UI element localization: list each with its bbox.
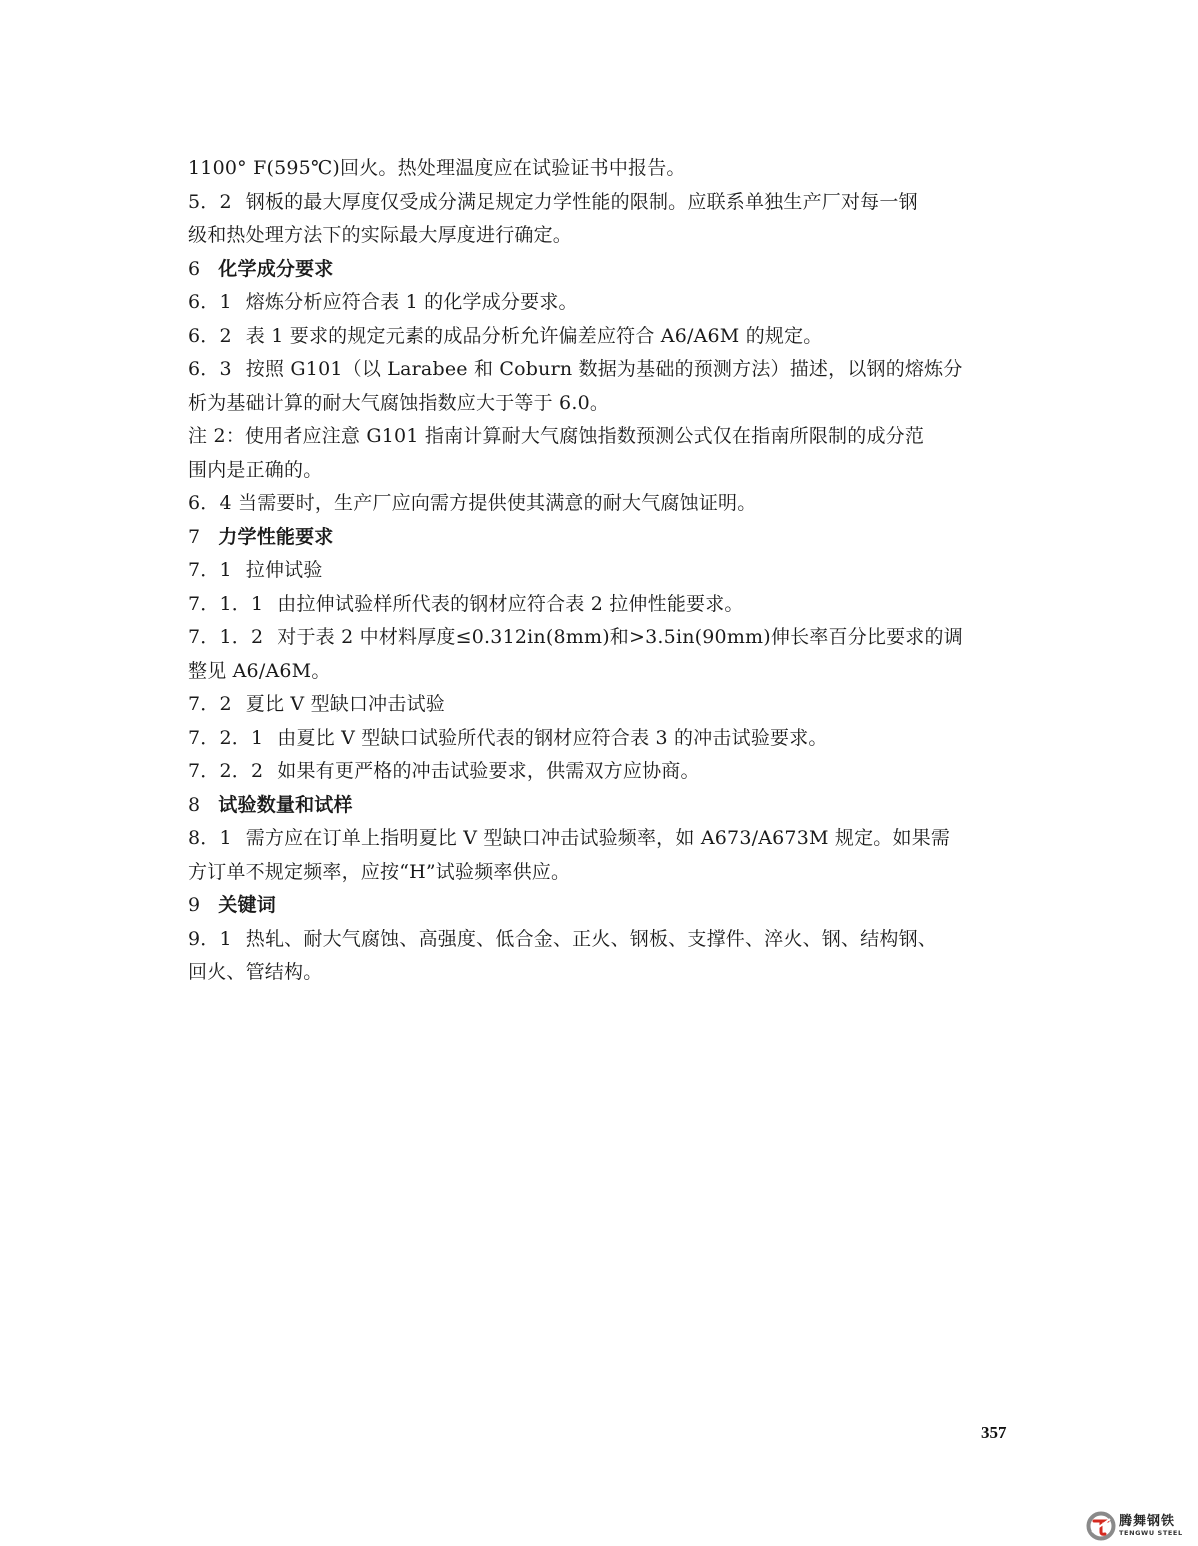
section-heading: 8试验数量和试样 <box>188 789 1020 823</box>
clause-number: 7．2 <box>188 688 232 722</box>
section-heading: 9关键词 <box>188 889 1020 923</box>
text-line: 8．1需方应在订单上指明夏比 V 型缺口冲击试验频率，如 A673/A673M … <box>188 822 1020 856</box>
clause-number: 5．2 <box>188 186 232 220</box>
clause-number: 9．1 <box>188 923 232 957</box>
note-line: 注 2：使用者应注意 G101 指南计算耐大气腐蚀指数预测公式仅在指南所限制的成… <box>188 420 1020 454</box>
text-line: 9．1热轧、耐大气腐蚀、高强度、低合金、正火、钢板、支撑件、淬火、钢、结构钢、 <box>188 923 1020 957</box>
clause-text: 按照 G101（以 Larabee 和 Coburn 数据为基础的预测方法）描述… <box>246 358 963 380</box>
clause-text: 级和热处理方法下的实际最大厚度进行确定。 <box>188 224 572 246</box>
note-line: 围内是正确的。 <box>188 454 1020 488</box>
logo-text: 腾舞钢铁 TENGWU STEEL <box>1119 1515 1183 1537</box>
clause-number: 7．2．1 <box>188 722 263 756</box>
clause-number: 8．1 <box>188 822 232 856</box>
text-line: 6．2表 1 要求的规定元素的成品分析允许偏差应符合 A6/A6M 的规定。 <box>188 320 1020 354</box>
text-line: 7．2．1由夏比 V 型缺口试验所代表的钢材应符合表 3 的冲击试验要求。 <box>188 722 1020 756</box>
text-line: 6．4 当需要时，生产厂应向需方提供使其满意的耐大气腐蚀证明。 <box>188 487 1020 521</box>
clause-number: 6．2 <box>188 320 232 354</box>
clause-text: 析为基础计算的耐大气腐蚀指数应大于等于 6.0。 <box>188 392 609 414</box>
text-line: 7．1．2对于表 2 中材料厚度≤0.312in(8mm)和>3.5in(90m… <box>188 621 1020 655</box>
text-line: 1100° F(595℃)回火。热处理温度应在试验证书中报告。 <box>188 152 1020 186</box>
tengwu-logo-icon <box>1086 1511 1116 1541</box>
logo-name-cn: 腾舞钢铁 <box>1119 1515 1183 1528</box>
clause-text: 由夏比 V 型缺口试验所代表的钢材应符合表 3 的冲击试验要求。 <box>277 727 827 749</box>
clause-text: 熔炼分析应符合表 1 的化学成分要求。 <box>246 291 578 313</box>
clause-number: 7．1．2 <box>188 621 263 655</box>
text-line: 整见 A6/A6M。 <box>188 655 1020 689</box>
clause-text: 表 1 要求的规定元素的成品分析允许偏差应符合 A6/A6M 的规定。 <box>246 325 823 347</box>
section-number: 8 <box>188 789 200 823</box>
section-heading: 7力学性能要求 <box>188 521 1020 555</box>
clause-text: 钢板的最大厚度仅受成分满足规定力学性能的限制。应联系单独生产厂对每一钢 <box>246 191 918 213</box>
clause-number: 7．2．2 <box>188 755 263 789</box>
text-line: 析为基础计算的耐大气腐蚀指数应大于等于 6.0。 <box>188 387 1020 421</box>
clause-text: 拉伸试验 <box>246 559 323 581</box>
text-line: 级和热处理方法下的实际最大厚度进行确定。 <box>188 219 1020 253</box>
text-line: 方订单不规定频率，应按“H”试验频率供应。 <box>188 856 1020 890</box>
text-line: 6．3按照 G101（以 Larabee 和 Coburn 数据为基础的预测方法… <box>188 353 1020 387</box>
logo-name-en: TENGWU STEEL <box>1119 1530 1183 1537</box>
text-line: 7．2夏比 V 型缺口冲击试验 <box>188 688 1020 722</box>
clause-number: 7．1 <box>188 554 232 588</box>
company-logo: 腾舞钢铁 TENGWU STEEL <box>1086 1511 1183 1541</box>
note-text: 注 2：使用者应注意 G101 指南计算耐大气腐蚀指数预测公式仅在指南所限制的成… <box>188 425 924 447</box>
clause-text: 如果有更严格的冲击试验要求，供需双方应协商。 <box>277 760 699 782</box>
page-number: 357 <box>981 1423 1007 1443</box>
section-number: 9 <box>188 889 200 923</box>
text-line: 7．2．2如果有更严格的冲击试验要求，供需双方应协商。 <box>188 755 1020 789</box>
text-line: 7．1拉伸试验 <box>188 554 1020 588</box>
clause-text: 夏比 V 型缺口冲击试验 <box>246 693 445 715</box>
section-number: 6 <box>188 253 200 287</box>
clause-text: 热轧、耐大气腐蚀、高强度、低合金、正火、钢板、支撑件、淬火、钢、结构钢、 <box>246 928 937 950</box>
clause-text: 由拉伸试验样所代表的钢材应符合表 2 拉伸性能要求。 <box>277 593 743 615</box>
section-title: 化学成分要求 <box>218 258 333 280</box>
document-body: 1100° F(595℃)回火。热处理温度应在试验证书中报告。 5．2钢板的最大… <box>188 152 1020 990</box>
clause-text: 1100° F(595℃)回火。热处理温度应在试验证书中报告。 <box>188 157 686 179</box>
section-title: 力学性能要求 <box>218 526 333 548</box>
section-title: 试验数量和试样 <box>218 794 352 816</box>
section-title: 关键词 <box>218 894 276 916</box>
text-line: 6．1熔炼分析应符合表 1 的化学成分要求。 <box>188 286 1020 320</box>
section-heading: 6化学成分要求 <box>188 253 1020 287</box>
text-line: 回火、管结构。 <box>188 956 1020 990</box>
text-line: 5．2钢板的最大厚度仅受成分满足规定力学性能的限制。应联系单独生产厂对每一钢 <box>188 186 1020 220</box>
note-text: 围内是正确的。 <box>188 459 322 481</box>
clause-text: 需方应在订单上指明夏比 V 型缺口冲击试验频率，如 A673/A673M 规定。… <box>246 827 950 849</box>
text-line: 7．1．1由拉伸试验样所代表的钢材应符合表 2 拉伸性能要求。 <box>188 588 1020 622</box>
clause-text: 整见 A6/A6M。 <box>188 660 331 682</box>
clause-number: 7．1．1 <box>188 588 263 622</box>
section-number: 7 <box>188 521 200 555</box>
clause-number: 6．1 <box>188 286 232 320</box>
clause-text: 方订单不规定频率，应按“H”试验频率供应。 <box>188 861 570 883</box>
clause-text: 回火、管结构。 <box>188 961 322 983</box>
clause-text: 6．4 当需要时，生产厂应向需方提供使其满意的耐大气腐蚀证明。 <box>188 492 756 514</box>
clause-number: 6．3 <box>188 353 232 387</box>
clause-text: 对于表 2 中材料厚度≤0.312in(8mm)和>3.5in(90mm)伸长率… <box>277 626 963 648</box>
